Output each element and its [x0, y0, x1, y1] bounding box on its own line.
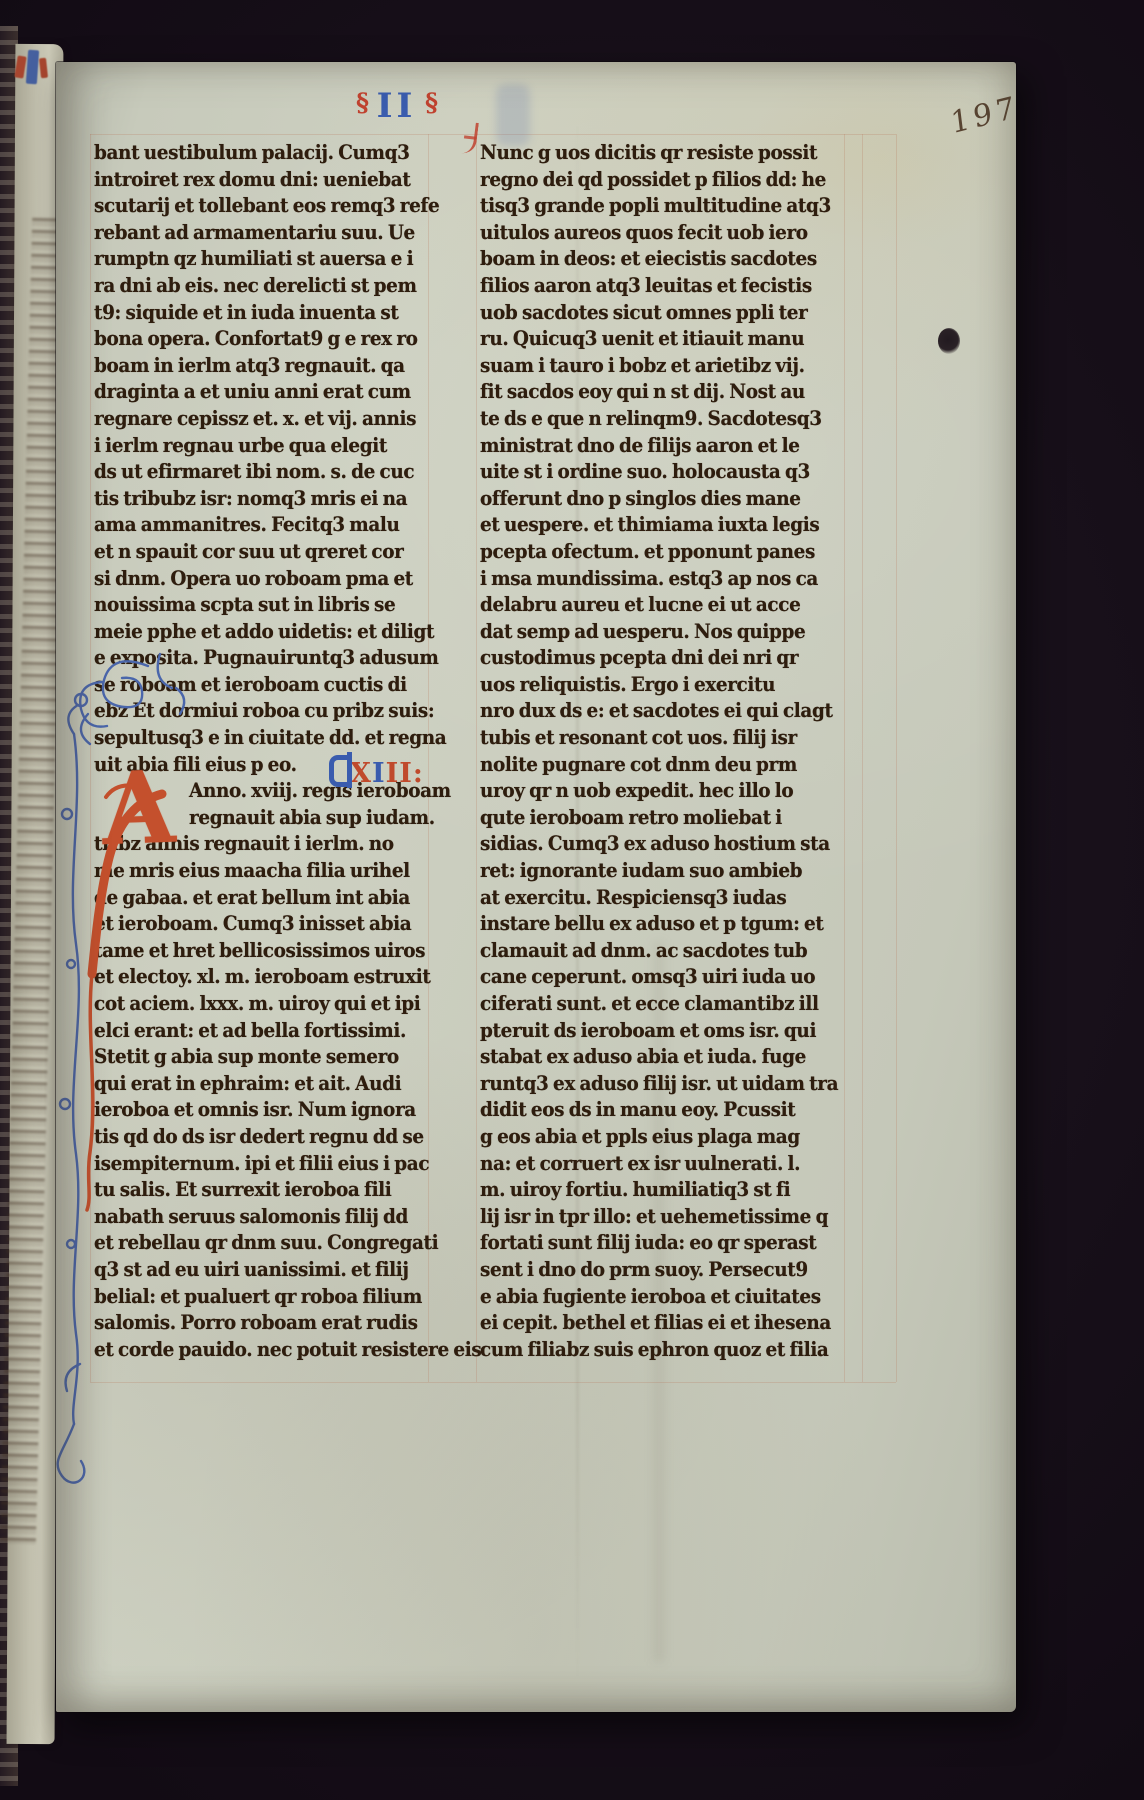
text-line: tisq3 grande popli multitudine atq3 [480, 193, 831, 220]
text-line: runtq3 ex aduso filij isr. ut uidam tra [480, 1070, 831, 1097]
text-line: pcepta ofectum. et pponunt panes [480, 539, 831, 566]
text-line: nro dux ds e: et sacdotes ei qui clagt [480, 698, 831, 725]
text-line: et n spauit cor suu ut qreret cor [94, 539, 422, 566]
text-line: scutarij et tollebant eos remq3 refe [94, 193, 422, 220]
text-line: na: et corruert ex isr uulnerati. l. [480, 1150, 831, 1177]
text-line: si dnm. Opera uo roboam pma et [94, 565, 422, 592]
paraph-icon [329, 755, 349, 787]
text-line: custodimus pcepta dni dei nri qr [480, 645, 831, 672]
running-title: § II § [356, 86, 437, 136]
text-line: uroy qr n uob expedit. hec illo lo [480, 778, 831, 805]
text-line: g eos abia et ppls eius plaga mag [480, 1124, 831, 1151]
text-line: te ds e que n relinqm9. Sacdotesq3 [480, 406, 831, 433]
parchment-hole [938, 328, 960, 354]
text-line: offerunt dno p singlos dies mane [480, 485, 831, 512]
text-line: rebant ad armamentariu suu. Ue [94, 219, 422, 246]
text-line: at exercitu. Respiciensq3 iudas [480, 884, 831, 911]
text-line: cane ceperunt. omsq3 uiri iuda uo [480, 964, 831, 991]
text-line: ds ut efirmaret ibi nom. s. de cuc [94, 459, 422, 486]
running-title-ornament-right: § [425, 88, 437, 117]
text-line: nolite pugnare cot dnm deu prm [480, 751, 831, 778]
text-line: suam i tauro i bobz et arietibz vij. [480, 352, 831, 379]
text-line: i msa mundissima. estq3 ap nos ca [480, 565, 831, 592]
running-title-ornament-left: § [356, 88, 368, 117]
text-line: boam in ierlm atq3 regnauit. qa [94, 352, 422, 379]
text-line: uos reliquistis. Ergo i exercitu [480, 671, 831, 698]
text-line: draginta a et uniu anni erat cum [94, 379, 422, 406]
text-line: i ierlm regnau urbe qua elegit [94, 432, 422, 459]
text-line: clamauit ad dnm. ac sacdotes tub [480, 937, 831, 964]
text-line: ra dni ab eis. nec derelicti st pem [94, 273, 422, 300]
ruling-line [476, 134, 477, 1382]
chapter-marker: XIII: [329, 750, 424, 784]
text-line: lij isr in tpr illo: et uehemetissime q [480, 1203, 831, 1230]
text-line: tubis et resonant cot uos. filij isr [480, 725, 831, 752]
chapter-numeral-dot: : [413, 758, 424, 789]
text-line: Nunc g uos dicitis qr resiste possit [480, 140, 831, 167]
text-line: didit eos ds in manu eoy. Pcussit [480, 1097, 831, 1124]
manuscript-photo: { "colors": { "ink": "#2e1d0e", "rubric_… [0, 0, 1144, 1800]
running-title-numeral: II [377, 86, 417, 126]
edge-rubric-blue-mark [26, 50, 39, 85]
text-line: et uespere. et thimiama iuxta legis [480, 512, 831, 539]
ink-offset-smudge [496, 84, 530, 146]
text-line: stabat ex aduso abia et iuda. fuge [480, 1044, 831, 1071]
text-line: ei cepit. bethel et filias ei et ihesena [480, 1310, 831, 1337]
text-line: bant uestibulum palacij. Cumq3 [94, 140, 422, 167]
text-line: ciferati sunt. et ecce clamantibz ill [480, 991, 831, 1018]
chapter-numeral-i: I [372, 758, 386, 789]
text-line: uob sacdotes sicut omnes ppli ter [480, 299, 831, 326]
text-line: uite st i ordine suo. holocausta q3 [480, 459, 831, 486]
text-line: sidias. Cumq3 ex aduso hostium sta [480, 831, 831, 858]
text-line: uitulos aureos quos fecit uob iero [480, 219, 831, 246]
previous-folio-edge [7, 44, 64, 1744]
manuscript-page: § II § 197 bant uestibulum palacij. Cumq… [56, 62, 1016, 1712]
text-line: pteruit ds ieroboam et oms isr. qui [480, 1017, 831, 1044]
chapter-numeral-x: X [350, 758, 372, 789]
text-line: m. uiroy fortiu. humiliatiq3 st fi [480, 1177, 831, 1204]
text-line: regno dei qd possidet p filios dd: he [480, 166, 831, 193]
text-line: dat semp ad uesperu. Nos quippe [480, 618, 831, 645]
text-line: instare bellu ex aduso et p tgum: et [480, 911, 831, 938]
text-line: cum filiabz suis ephron quoz et filia [480, 1336, 831, 1363]
text-column-right: Nunc g uos dicitis qr resiste possitregn… [480, 140, 842, 1363]
ruling-line [896, 134, 897, 1382]
ruling-line [90, 134, 896, 135]
text-line: fortati sunt filij iuda: eo qr sperast [480, 1230, 831, 1257]
ruling-line [862, 134, 863, 1382]
text-line: qute ieroboam retro moliebat i [480, 804, 831, 831]
text-line: tis tribubz isr: nomq3 mris ei na [94, 485, 422, 512]
penwork-flourish-icon [56, 602, 216, 1502]
text-line: rumptn qz humiliati st auersa e i [94, 246, 422, 273]
text-line: boam in deos: et eiecistis sacdotes [480, 246, 831, 273]
text-line: ama ammanitres. Fecitq3 malu [94, 512, 422, 539]
text-line: introiret rex domu dni: ueniebat [94, 166, 422, 193]
text-line: ret: ignorante iudam suo ambieb [480, 858, 831, 885]
text-line: ministrat dno de filijs aaron et le [480, 432, 831, 459]
text-line: fit sacdos eoy qui n st dij. Nost au [480, 379, 831, 406]
text-line: regnare cepissz et. x. et vij. annis [94, 406, 422, 433]
text-line: sent i dno do prm suoy. Persecut9 [480, 1257, 831, 1284]
text-line: ru. Quicuq3 uenit et itiauit manu [480, 326, 831, 353]
text-line: t9: siquide et in iuda inuenta st [94, 299, 422, 326]
text-line: filios aaron atq3 leuitas et fecistis [480, 273, 831, 300]
ruling-line [844, 134, 845, 1382]
chapter-numeral-ii: II [386, 758, 413, 789]
text-line: e abia fugiente ieroboa et ciuitates [480, 1283, 831, 1310]
text-line: delabru aureu et lucne ei ut acce [480, 592, 831, 619]
text-line: bona opera. Confortat9 g e rex ro [94, 326, 422, 353]
